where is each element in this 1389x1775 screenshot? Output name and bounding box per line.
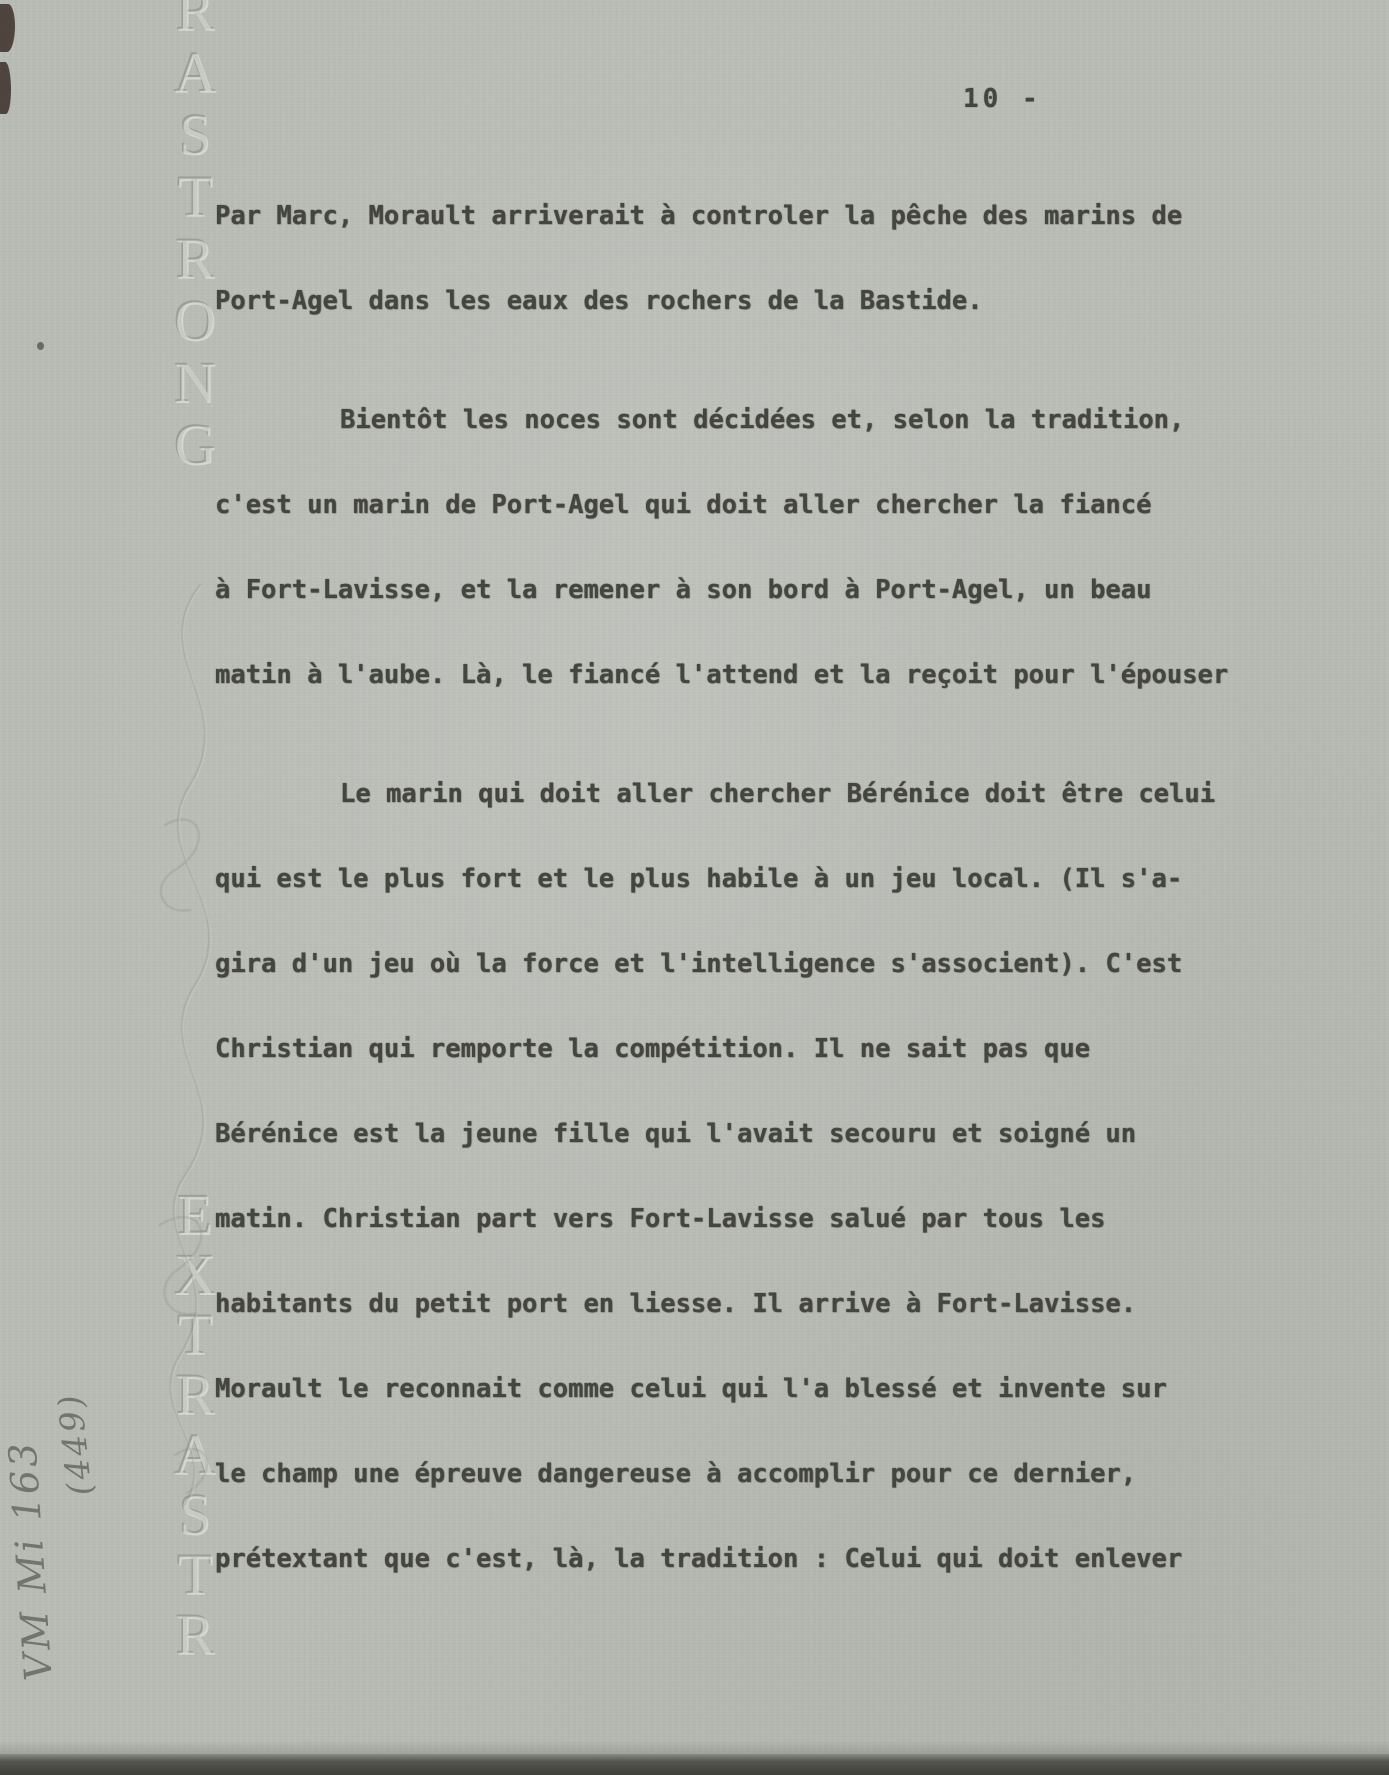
- typewritten-page: RASTRONG EXTRASTR 10 - Par Marc, Morault…: [0, 0, 1389, 1775]
- ink-speck: [37, 342, 44, 350]
- text-line: Bérénice est la jeune fille qui l'avait …: [215, 1114, 1315, 1199]
- paper-edge-mark: [0, 62, 11, 114]
- text-line: le champ une épreuve dangereuse à accomp…: [215, 1454, 1315, 1539]
- text-line: gira d'un jeu où la force et l'intellige…: [215, 944, 1315, 1029]
- text-line: Morault le reconnait comme celui qui l'a…: [215, 1369, 1315, 1454]
- text-line: à Fort-Lavisse, et la remener à son bord…: [215, 570, 1315, 655]
- scan-edge: [0, 1754, 1389, 1775]
- text-line: Bientôt les noces sont décidées et, selo…: [215, 400, 1315, 485]
- paragraph: Par Marc, Morault arriverait à controler…: [215, 196, 1315, 366]
- watermark-letter: S: [150, 104, 240, 166]
- text-line: c'est un marin de Port-Agel qui doit all…: [215, 485, 1315, 570]
- watermark-letter: A: [150, 42, 240, 104]
- text-line: Par Marc, Morault arriverait à controler…: [215, 196, 1315, 281]
- paper-edge-mark: [0, 4, 15, 52]
- paragraph: Le marin qui doit aller chercher Bérénic…: [215, 774, 1315, 1624]
- page-number: 10 -: [963, 84, 1042, 114]
- text-line: Le marin qui doit aller chercher Bérénic…: [215, 774, 1315, 859]
- text-line: prétextant que c'est, là, la tradition :…: [215, 1539, 1315, 1624]
- typewritten-text: Par Marc, Morault arriverait à controler…: [215, 196, 1315, 1624]
- text-line: matin à l'aube. Là, le fiancé l'attend e…: [215, 655, 1315, 740]
- margin-note-number: (449): [39, 1309, 102, 1498]
- text-line: habitants du petit port en liesse. Il ar…: [215, 1284, 1315, 1369]
- paragraph: Bientôt les noces sont décidées et, selo…: [215, 400, 1315, 740]
- text-line: Port-Agel dans les eaux des rochers de l…: [215, 281, 1315, 366]
- watermark-letter: R: [150, 0, 240, 42]
- text-line: Christian qui remporte la compétition. I…: [215, 1029, 1315, 1114]
- text-line: qui est le plus fort et le plus habile à…: [215, 859, 1315, 944]
- handwritten-margin-note: VM Mi 163 (449): [3, 1311, 111, 1681]
- text-line: matin. Christian part vers Fort-Lavisse …: [215, 1199, 1315, 1284]
- scan-edge-shadow: [0, 1740, 1389, 1754]
